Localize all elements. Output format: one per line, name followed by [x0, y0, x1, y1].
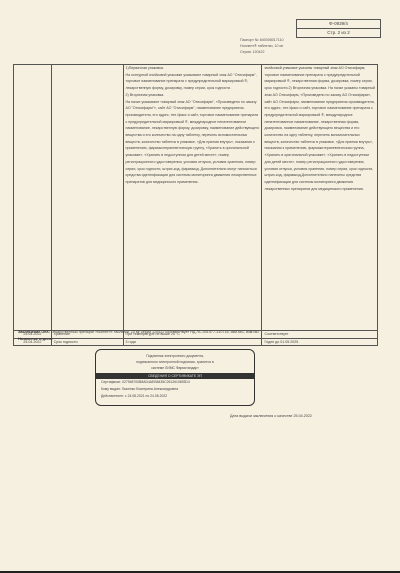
table-row: 1)Первичная упаковка. На контурной ячейк… — [14, 65, 378, 331]
test-results-table: 1)Первичная упаковка. На контурной ячейк… — [13, 64, 378, 346]
form-number: Ф-0939/4 — [297, 20, 380, 28]
head-of-department-label: Начальник отдела: — [18, 337, 53, 341]
electronic-signature-stamp: Подлинник электронного документа, подпис… — [95, 349, 255, 406]
stamp-line-3: системе ЛИМС Фармстандарт — [96, 365, 254, 371]
page-indicator: Стр. 2 из 2 — [297, 28, 380, 37]
form-number-box: Ф-0939/4 Стр. 2 из 2 — [296, 19, 381, 38]
qc-conclusion: Заключение ОКК: Лекарственный препарат Н… — [18, 329, 378, 342]
date-cell — [14, 65, 52, 331]
series-number: Серия: 120422 — [240, 49, 283, 55]
requirement-cell: 1)Первичная упаковка. На контурной ячейк… — [123, 65, 262, 331]
result-cell: ячейковой упаковке указаны товарный знак… — [262, 65, 378, 331]
issue-date: Дата выдачи заключения о качестве 25.04.… — [230, 414, 312, 418]
conclusion-label: Заключение ОКК: — [18, 330, 50, 334]
passport-info: Паспорт № 840008017110 Ноопепт® таблетки… — [240, 37, 283, 55]
certificate-validity: Действителен: с 24.08.2021 по 24.08.2022 — [96, 393, 254, 400]
conclusion-text: Лекарственный препарат Ноопепт® таблетки… — [50, 330, 259, 334]
certificate-number: Сертификат: 027948700B8AD4AEB8435C261261… — [96, 379, 254, 386]
parameter-cell — [51, 65, 123, 331]
certificate-issued-to: Кому выдан: Лысенко Екатерина Александро… — [96, 386, 254, 393]
